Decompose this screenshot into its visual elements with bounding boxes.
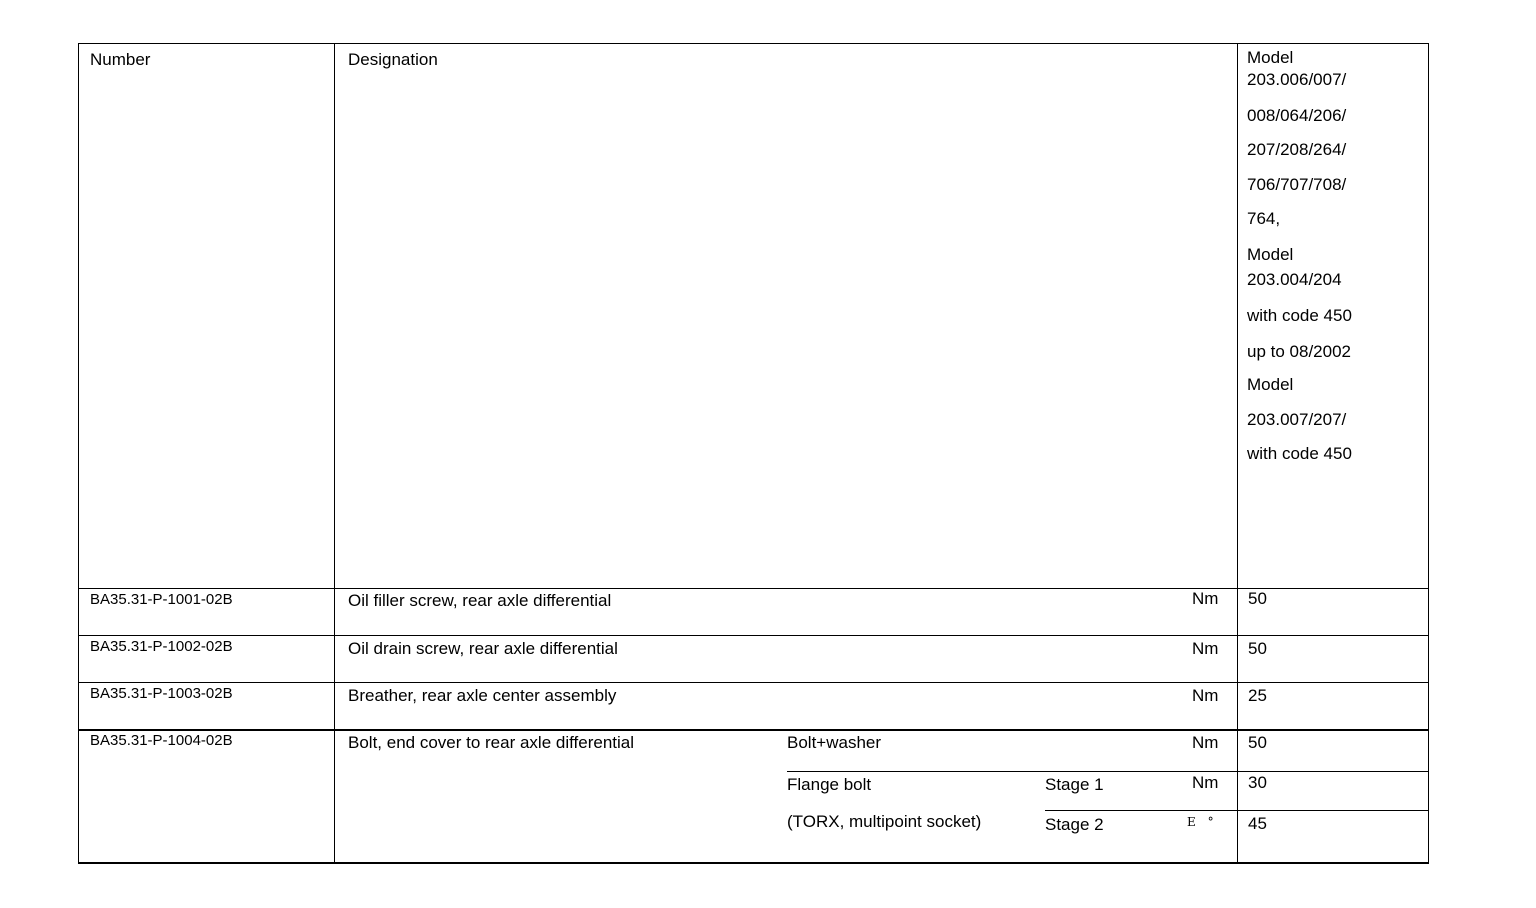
model-line: with code 450 bbox=[1247, 307, 1352, 324]
model-line: 764, bbox=[1247, 210, 1352, 227]
model-line: with code 450 bbox=[1247, 445, 1352, 462]
row-divider bbox=[78, 635, 1429, 636]
subrow-value: 50 bbox=[1248, 733, 1267, 753]
model-line: up to 08/2002 bbox=[1247, 343, 1352, 360]
subrow-value: 45 bbox=[1248, 814, 1267, 834]
subrow-stage: Stage 2 bbox=[1045, 815, 1104, 835]
header-model-applicability: Model 203.006/007/ 008/064/206/ 207/208/… bbox=[1247, 49, 1352, 462]
row-unit: Nm bbox=[1192, 589, 1218, 609]
row-designation: Breather, rear axle center assembly bbox=[348, 686, 616, 706]
subrow-unit-angle: E ° bbox=[1187, 815, 1218, 829]
subrow-value: 30 bbox=[1248, 773, 1267, 793]
column-divider bbox=[334, 43, 335, 863]
model-line: Model bbox=[1247, 49, 1352, 66]
model-line: 706/707/708/ bbox=[1247, 176, 1352, 193]
model-line: 207/208/264/ bbox=[1247, 141, 1352, 158]
row-designation: Oil drain screw, rear axle differential bbox=[348, 639, 618, 659]
subrow-part: (TORX, multipoint socket) bbox=[787, 812, 981, 832]
row-unit: Nm bbox=[1192, 639, 1218, 659]
row-divider bbox=[78, 729, 1429, 731]
subrow-divider bbox=[787, 771, 1429, 772]
column-divider bbox=[1237, 43, 1238, 863]
model-line: 203.006/007/ bbox=[1247, 71, 1352, 88]
row-divider bbox=[78, 588, 1429, 589]
subrow-part: Bolt+washer bbox=[787, 733, 881, 753]
table-bottom-border bbox=[78, 862, 1429, 864]
model-line: Model bbox=[1247, 376, 1352, 393]
subrow-part: Flange bolt bbox=[787, 775, 871, 795]
row-number: BA35.31-P-1001-02B bbox=[90, 591, 233, 608]
row-designation: Bolt, end cover to rear axle differentia… bbox=[348, 733, 634, 753]
subrow-divider bbox=[1045, 810, 1429, 811]
model-line: 008/064/206/ bbox=[1247, 107, 1352, 124]
row-value: 25 bbox=[1248, 686, 1267, 706]
row-value: 50 bbox=[1248, 639, 1267, 659]
row-divider bbox=[78, 682, 1429, 683]
row-unit: Nm bbox=[1192, 686, 1218, 706]
model-line: 203.007/207/ bbox=[1247, 411, 1352, 428]
header-designation: Designation bbox=[348, 50, 438, 70]
subrow-stage: Stage 1 bbox=[1045, 775, 1104, 795]
torque-table bbox=[78, 43, 1429, 863]
row-number: BA35.31-P-1003-02B bbox=[90, 685, 233, 702]
row-number: BA35.31-P-1004-02B bbox=[90, 732, 233, 749]
row-number: BA35.31-P-1002-02B bbox=[90, 638, 233, 655]
row-designation: Oil filler screw, rear axle differential bbox=[348, 591, 611, 611]
model-line: 203.004/204 bbox=[1247, 271, 1352, 288]
row-value: 50 bbox=[1248, 589, 1267, 609]
header-number: Number bbox=[90, 50, 150, 70]
subrow-unit: Nm bbox=[1192, 773, 1218, 793]
subrow-unit: Nm bbox=[1192, 733, 1218, 753]
model-line: Model bbox=[1247, 246, 1352, 263]
